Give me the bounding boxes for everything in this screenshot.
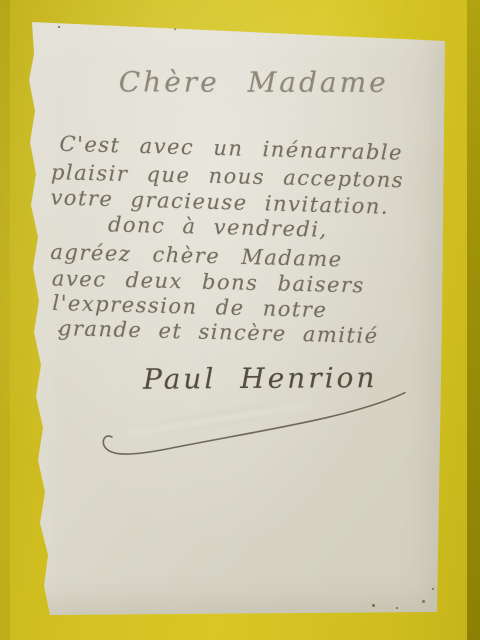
paper-stain bbox=[396, 607, 398, 609]
paper-crease bbox=[124, 397, 314, 441]
paper-stain bbox=[58, 26, 60, 28]
photo-right-edge-shading bbox=[467, 0, 480, 640]
paper-stain bbox=[432, 588, 434, 590]
photo-left-edge-shading bbox=[0, 0, 10, 640]
letter-paper bbox=[24, 20, 448, 620]
paper-stain bbox=[422, 600, 425, 603]
paper-stain bbox=[174, 28, 176, 30]
paper-stain bbox=[372, 604, 375, 607]
paper-stain bbox=[58, 330, 60, 332]
letter-photograph: Chère Madame C'est avec un inénarrable p… bbox=[0, 0, 480, 640]
